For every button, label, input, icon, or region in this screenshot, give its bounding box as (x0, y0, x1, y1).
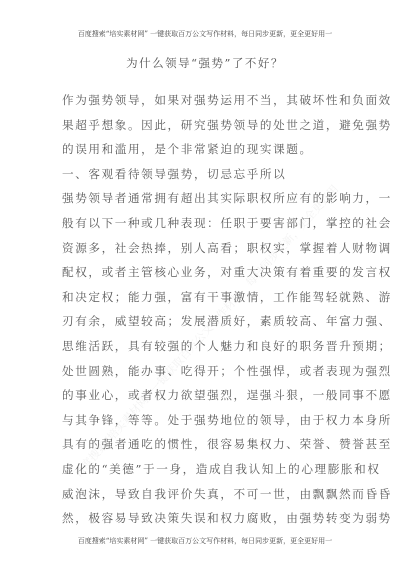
body-line: 的误用和滥用，是个非常紧迫的现实课题。 (62, 137, 352, 162)
body-line: 虚化的“美德”于一身，造成自我认知上的心理膨胀和权 (62, 457, 352, 482)
page-footer: 百度搜索“培实素材网” 一键获取百万公文写作材料，每日同步更新，更全更好用一 (0, 536, 410, 546)
body-line: 威泡沫，导致自我评价失真，不可一世，由飘飘然而昏昏 (62, 482, 352, 507)
body-line: 刃有余，威望较高；发展潜质好，素质较高、年富力强、 (62, 309, 352, 334)
body-line: 果超乎想象。因此，研究强势领导的处世之道，避免强势 (62, 113, 352, 138)
body-line: 具有的强者通吃的惯性，很容易集权力、荣誉、赞誉甚至 (62, 432, 352, 457)
body-line: 和决定权；能力强，富有干事激情，工作能驾轻就熟、游 (62, 285, 352, 310)
body-line: 思维活跃，具有较强的个人魅力和良好的职务晋升预期； (62, 334, 352, 359)
document-page: 百度搜索“培实素材网” 一键获取百万公文写作材料，每日同步更新，更全更好用 百度… (0, 0, 410, 580)
document-title: 为什么领导“强势”了不好？ (0, 55, 410, 71)
body-line: 作为强势领导，如果对强势运用不当，其破坏性和负面效 (62, 88, 352, 113)
body-line: 强势领导者通常拥有超出其实际职权所应有的影响力，一 (62, 186, 352, 211)
document-body: 作为强势领导，如果对强势运用不当，其破坏性和负面效 果超乎想象。因此，研究强势领… (62, 88, 352, 531)
page-header: 百度搜索“培实素材网” 一键获取百万公文写作材料，每日同步更新，更全更好用一 (0, 29, 410, 39)
body-line: 然，极容易导致决策失误和权力腐败，由强势转变为弱势 (62, 506, 352, 531)
body-line: 资源多，社会热捧，别人高看；职权实，掌握着人财物调 (62, 236, 352, 261)
body-line: 配权，或者主管核心业务，对重大决策有着重要的发言权 (62, 260, 352, 285)
body-line: 般有以下一种或几种表现：任职于要害部门，掌控的社会 (62, 211, 352, 236)
body-line: 的事业心，或者权力欲望强烈，逞强斗狠，一般同事不愿 (62, 383, 352, 408)
body-line: 与其争锋，等等。处于强势地位的领导，由于权力本身所 (62, 408, 352, 433)
section-heading: 一、客观看待领导强势，切忌忘乎所以 (62, 162, 352, 187)
body-line: 处世圆熟，能办事、吃得开；个性强悍，或者表现为强烈 (62, 359, 352, 384)
